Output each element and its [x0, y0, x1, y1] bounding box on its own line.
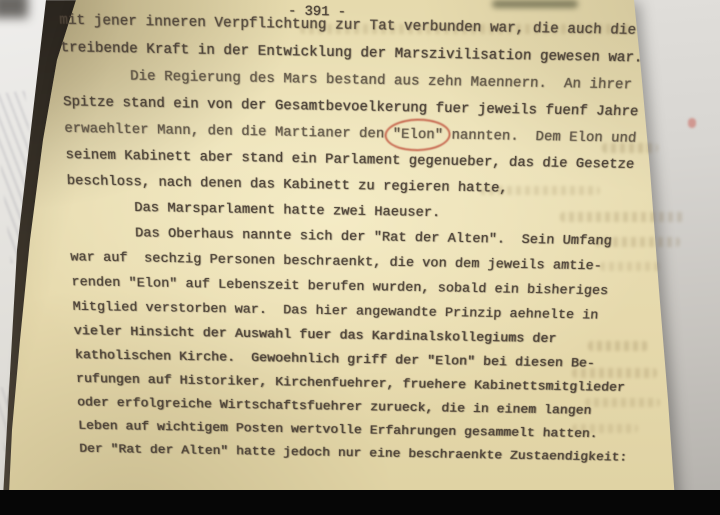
- photo-crop-bar: [0, 490, 720, 515]
- typescript-text-block: mit jener inneren Verpflichtung zur Tat …: [59, 8, 668, 471]
- photo-of-typescript-page: - 391 - mit jener inneren Verpflichtung …: [0, 0, 720, 515]
- typescript-line-segment: erwaehlter Mann, den die Martianer den: [64, 122, 393, 143]
- red-circle-annotation: "Elon": [392, 122, 443, 149]
- typescript-line-segment: nannten. Dem Elon und: [443, 128, 637, 147]
